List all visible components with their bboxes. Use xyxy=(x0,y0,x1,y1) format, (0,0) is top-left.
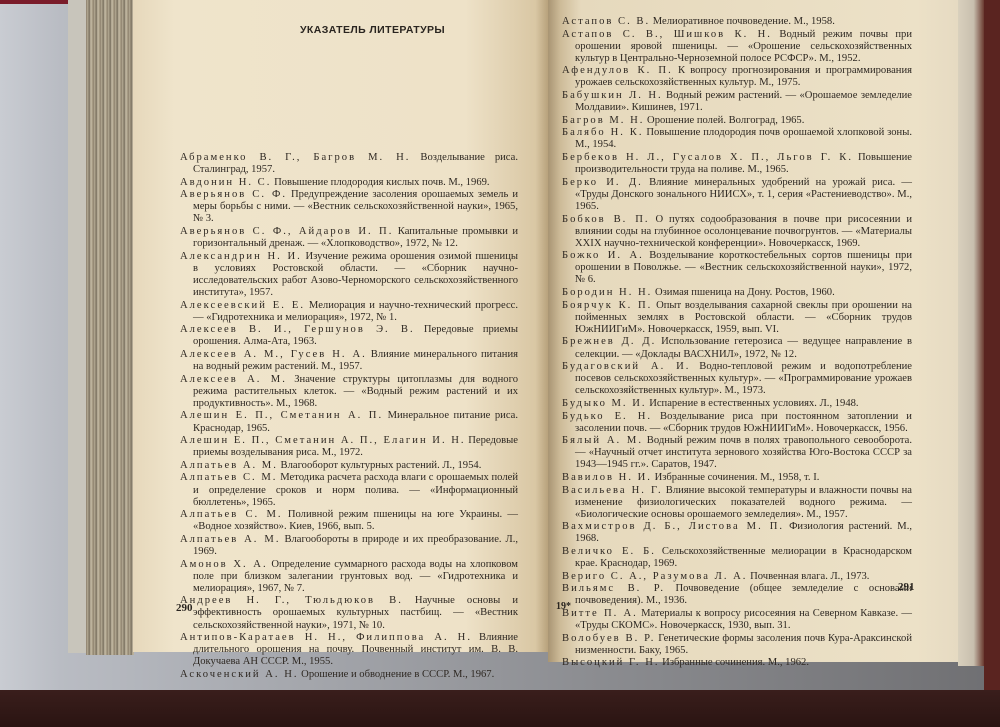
bibliography-entry: Абраменко В. Г., Багров М. Н. Возделыван… xyxy=(180,152,518,176)
bibliography-entry: Брежнев Д. Д. Использование гетерозиса —… xyxy=(562,336,912,360)
right-bibliography-list: Астапов С. В. Мелиоративное почвоведение… xyxy=(562,16,912,670)
left-bibliography-list: Абраменко В. Г., Багров М. Н. Возделыван… xyxy=(180,152,518,682)
entry-author: Александрин Н. И. xyxy=(180,251,302,262)
bibliography-entry: Алексеев А. М. Значение структуры цитопл… xyxy=(180,374,518,410)
signature-mark: 19* xyxy=(556,601,571,612)
bibliography-entry: Балябо Н. К. Повышение плодородия почв о… xyxy=(562,127,912,151)
bibliography-entry: Вильямс В. Р. Почвоведение (общее землед… xyxy=(562,583,912,607)
entry-author: Васильева Н. Г. xyxy=(562,485,663,496)
entry-author: Божко И. А. xyxy=(562,250,644,261)
entry-author: Высоцкий Г. Н. xyxy=(562,657,660,668)
entry-author: Алексеевский Е. Е. xyxy=(180,300,305,311)
entry-author: Вахмистров Д. Б., Листова М. П. xyxy=(562,521,784,532)
entry-author: Алпатьев С. М. xyxy=(180,509,283,520)
bibliography-entry: Алпатьев С. М. Методика расчета расхода … xyxy=(180,472,518,508)
entry-author: Андреев Н. Г., Тюльдюков В. xyxy=(180,595,403,606)
bibliography-entry: Авдонин Н. С. Повышение плодородия кислы… xyxy=(180,177,518,189)
entry-author: Алешин Е. П., Сметанин А. П., Елагин И. … xyxy=(180,435,466,446)
entry-text: Орошение полей. Волгоград, 1965. xyxy=(647,115,804,126)
entry-text: Мелиоративное почвоведение. М., 1958. xyxy=(653,16,835,27)
entry-author: Берко И. Д. xyxy=(562,177,643,188)
bibliography-entry: Бялый А. М. Водный режим почв в полях тр… xyxy=(562,435,912,471)
bibliography-entry: Вахмистров Д. Б., Листова М. П. Физиолог… xyxy=(562,521,912,545)
bibliography-entry: Астапов С. В., Шишков К. Н. Водный режим… xyxy=(562,29,912,65)
entry-text: Озимая пшеница на Дону. Ростов, 1960. xyxy=(655,287,835,298)
entry-text: Избранные сочинения. М., 1958, т. I. xyxy=(655,472,820,483)
page-edges xyxy=(86,0,134,655)
entry-author: Бербеков Н. Л., Гусалов Х. П., Льгов Г. … xyxy=(562,152,853,163)
bibliography-entry: Берко И. Д. Влияние минеральных удобрени… xyxy=(562,177,912,213)
bibliography-entry: Бабушкин Л. Н. Водный режим растений. — … xyxy=(562,90,912,114)
bibliography-entry: Бобков В. П. О путях содообразования в п… xyxy=(562,214,912,250)
entry-author: Бобков В. П. xyxy=(562,214,650,225)
bibliography-entry: Андреев Н. Г., Тюльдюков В. Научные осно… xyxy=(180,595,518,631)
right-background xyxy=(984,0,1000,690)
entry-author: Балябо Н. К. xyxy=(562,127,644,138)
bibliography-entry: Афендулов К. П. К вопросу прогнозировани… xyxy=(562,65,912,89)
entry-text: Почвенная влага. Л., 1973. xyxy=(750,571,869,582)
entry-author: Волобуев В. Р. xyxy=(562,633,655,644)
entry-author: Алпатьев А. М. xyxy=(180,534,280,545)
entry-author: Алексеев В. И., Гершунов Э. В. xyxy=(180,324,415,335)
entry-author: Астапов С. В. xyxy=(562,16,650,27)
bibliography-entry: Будыко М. И. Испарение в естественных ус… xyxy=(562,398,912,410)
bibliography-entry: Бербеков Н. Л., Гусалов Х. П., Льгов Г. … xyxy=(562,152,912,176)
bibliography-entry: Божко И. А. Возделывание короткостебельн… xyxy=(562,250,912,286)
entry-author: Афендулов К. П. xyxy=(562,65,673,76)
entry-author: Алексеев А. М. xyxy=(180,374,287,385)
entry-author: Вильямс В. Р. xyxy=(562,583,665,594)
entry-author: Абраменко В. Г., Багров М. Н. xyxy=(180,152,410,163)
bibliography-entry: Астапов С. В. Мелиоративное почвоведение… xyxy=(562,16,912,28)
entry-author: Аверьянов С. Ф. xyxy=(180,189,287,200)
bibliography-entry: Волобуев В. Р. Генетические формы засоле… xyxy=(562,633,912,657)
bibliography-entry: Алпатьев А. М. Влагооборот культурных ра… xyxy=(180,460,518,472)
bibliography-entry: Витте П. А. Материалы к вопросу рисосеян… xyxy=(562,608,912,632)
table-surface xyxy=(0,690,1000,727)
entry-author: Боярчук К. П. xyxy=(562,300,652,311)
bibliography-entry: Будько Е. Н. Возделывание риса при посто… xyxy=(562,411,912,435)
entry-author: Аскоченский А. Н. xyxy=(180,669,299,680)
entry-author: Алпатьев С. М. xyxy=(180,472,277,483)
bibliography-entry: Аверьянов С. Ф., Айдаров И. П. Капитальн… xyxy=(180,226,518,250)
entry-author: Вавилов Н. И. xyxy=(562,472,652,483)
bibliography-entry: Величко Е. Б. Сельскохозяйственные мелио… xyxy=(562,546,912,570)
entry-author: Будаговский А. И. xyxy=(562,361,690,372)
entry-author: Бялый А. М. xyxy=(562,435,643,446)
entry-text: Орошение и обводнение в СССР. М., 1967. xyxy=(301,669,494,680)
bibliography-entry: Алпатьев А. М. Влагообороты в природе и … xyxy=(180,534,518,558)
book-cover-right xyxy=(958,0,984,666)
entry-author: Бабушкин Л. Н. xyxy=(562,90,663,101)
bibliography-entry: Высоцкий Г. Н. Избранные сочинения. М., … xyxy=(562,657,912,669)
entry-author: Брежнев Д. Д. xyxy=(562,336,656,347)
bibliography-entry: Вериго С. А., Разумова Л. А. Почвенная в… xyxy=(562,571,912,583)
bibliography-entry: Васильева Н. Г. Влияние высокой температ… xyxy=(562,485,912,521)
entry-author: Антипов-Каратаев Н. Н., Филиппова А. Н. xyxy=(180,632,472,643)
bibliography-entry: Амонов Х. А. Определение суммарного расх… xyxy=(180,559,518,595)
entry-author: Бородин Н. Н. xyxy=(562,287,652,298)
entry-author: Амонов Х. А. xyxy=(180,559,268,570)
bibliography-entry: Вавилов Н. И. Избранные сочинения. М., 1… xyxy=(562,472,912,484)
entry-author: Авдонин Н. С. xyxy=(180,177,271,188)
bibliography-entry: Бородин Н. Н. Озимая пшеница на Дону. Ро… xyxy=(562,287,912,299)
bibliography-entry: Багров М. Н. Орошение полей. Волгоград, … xyxy=(562,115,912,127)
entry-text: Влагооборот культурных растений. Л., 195… xyxy=(281,460,482,471)
entry-text: Испарение в естественных условиях. Л., 1… xyxy=(649,398,858,409)
entry-author: Будько Е. Н. xyxy=(562,411,652,422)
entry-author: Аверьянов С. Ф., Айдаров И. П. xyxy=(180,226,393,237)
entry-text: Повышение плодородия кислых почв. М., 19… xyxy=(274,177,490,188)
entry-author: Витте П. А. xyxy=(562,608,638,619)
bibliography-entry: Алешин Е. П., Сметанин А. П., Елагин И. … xyxy=(180,435,518,459)
entry-text: Избранные сочинения. М., 1962. xyxy=(662,657,809,668)
bibliography-entry: Алексеев В. И., Гершунов Э. В. Передовые… xyxy=(180,324,518,348)
bibliography-entry: Аверьянов С. Ф. Предупреждение засоления… xyxy=(180,189,518,225)
entry-author: Будыко М. И. xyxy=(562,398,647,409)
bibliography-entry: Алешин Е. П., Сметанин А. П. Минеральное… xyxy=(180,410,518,434)
bibliography-entry: Боярчук К. П. Опыт возделывания сахарной… xyxy=(562,300,912,336)
entry-author: Вериго С. А., Разумова Л. А. xyxy=(562,571,747,582)
entry-author: Астапов С. В., Шишков К. Н. xyxy=(562,29,772,40)
bibliography-entry: Аскоченский А. Н. Орошение и обводнение … xyxy=(180,669,518,681)
entry-author: Алексеев А. М., Гусев Н. А. xyxy=(180,349,367,360)
page-number-left: 290 xyxy=(176,602,193,614)
bibliography-entry: Алексеевский Е. Е. Мелиорация и научно-т… xyxy=(180,300,518,324)
entry-author: Величко Е. Б. xyxy=(562,546,656,557)
entry-author: Алешин Е. П., Сметанин А. П. xyxy=(180,410,383,421)
page-number-right: 291 xyxy=(898,581,915,593)
entry-author: Алпатьев А. М. xyxy=(180,460,278,471)
bibliography-entry: Алпатьев С. М. Поливной режим пшеницы на… xyxy=(180,509,518,533)
section-title: УКАЗАТЕЛЬ ЛИТЕРАТУРЫ xyxy=(300,24,540,36)
bibliography-entry: Алексеев А. М., Гусев Н. А. Влияние мине… xyxy=(180,349,518,373)
bibliography-entry: Антипов-Каратаев Н. Н., Филиппова А. Н. … xyxy=(180,632,518,668)
bibliography-entry: Будаговский А. И. Водно-тепловой режим и… xyxy=(562,361,912,397)
bibliography-entry: Александрин Н. И. Изучение режима орошен… xyxy=(180,251,518,299)
entry-author: Багров М. Н. xyxy=(562,115,644,126)
